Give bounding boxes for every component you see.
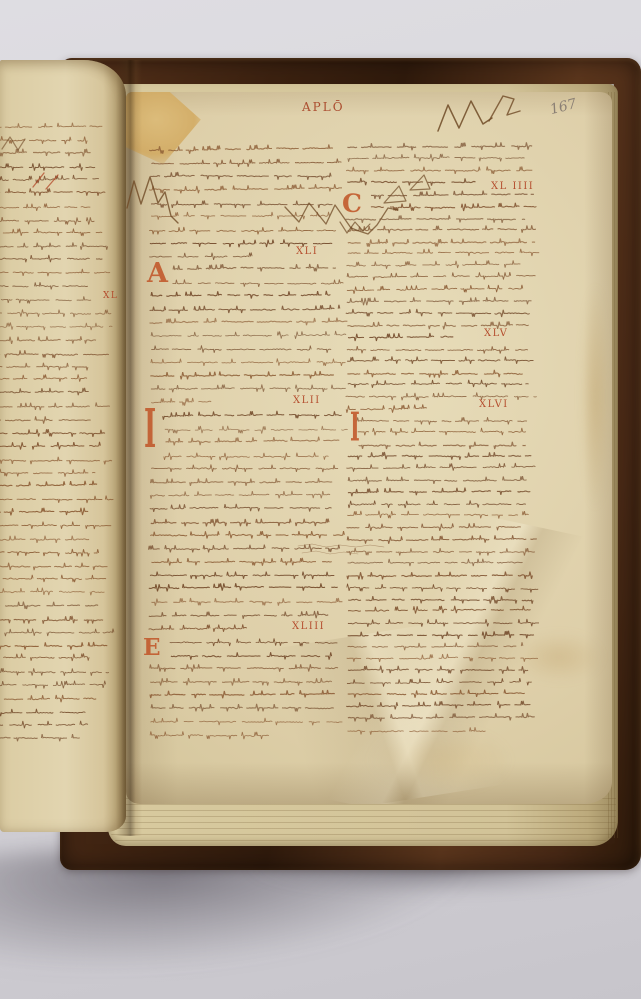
chapter-numeral: XLVI bbox=[479, 400, 509, 410]
chapter-numeral: XLII bbox=[293, 396, 321, 406]
chapter-initial: C bbox=[342, 191, 362, 216]
chapter-numeral: XLIII bbox=[292, 622, 325, 632]
chapter-numeral: XLI bbox=[296, 247, 318, 257]
chapter-initial: E bbox=[143, 636, 161, 659]
right-page-recto bbox=[126, 92, 612, 804]
manuscript-photograph: APLŌ 167 XL XLI XLII XLIII XL IIII XLV X… bbox=[0, 0, 641, 999]
chapter-initial: I bbox=[350, 407, 360, 446]
chapter-numeral: XL IIII bbox=[491, 182, 534, 192]
gutter-shadow bbox=[116, 60, 142, 836]
parchment-stain-fore-edge bbox=[580, 282, 610, 512]
left-page-verso bbox=[0, 60, 126, 832]
chapter-numeral: XLV bbox=[484, 329, 508, 339]
chapter-initial: I bbox=[144, 404, 156, 457]
running-title: APLŌ bbox=[302, 101, 345, 113]
chapter-numeral-verso: XL bbox=[103, 292, 118, 301]
chapter-initial: A bbox=[147, 260, 168, 287]
